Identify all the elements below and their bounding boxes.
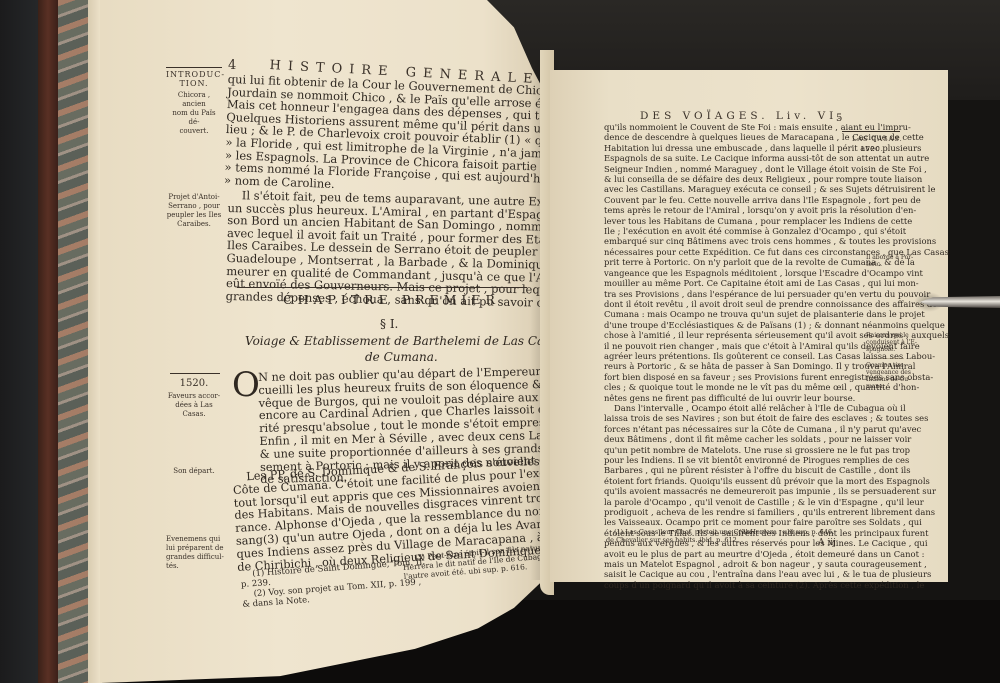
chapter-rule — [237, 287, 527, 288]
margin-note-year: 1520. — [166, 378, 222, 390]
right-footnotes-col1: (1) Las Casas leur Chef, portoit une Cro… — [606, 528, 751, 544]
margin-note-faveurs: Faveurs accor- dées à Las Casas. — [166, 392, 222, 419]
right-running-head: DES VOÏAGES. Liv. VI. — [640, 110, 845, 122]
margin-note-evenemens: Evenemens qui lui préparent de grandes d… — [166, 535, 228, 571]
page-edge — [88, 0, 102, 683]
margin-note-chicora: Chicora , ancien nom du Païs dé- couvert… — [166, 91, 222, 136]
marbled-endpaper — [58, 0, 88, 683]
right-footnotes-col2: (2) Herrera , ubi sup. p. 646. — [739, 528, 834, 536]
leather-spine — [38, 0, 58, 683]
margin-note-depart: Son départ. — [166, 467, 222, 476]
left-paragraph-1: qui lui fit obtenir de la Cour le Gouver… — [224, 73, 548, 198]
margin-note-serrano: Projet d'Antoi- Serrano , pour peupler l… — [166, 193, 222, 229]
right-body-text: qu'ils nommoient le Couvent de Ste Foi :… — [604, 122, 844, 590]
book-cover-board — [0, 0, 40, 683]
drop-cap: O — [232, 368, 260, 402]
section-title-line-2: de Cumana. — [365, 350, 438, 364]
left-page-number: 4 — [228, 58, 236, 73]
pen-pointer-icon — [920, 296, 1000, 308]
margin-note-introduction: INTRODUC- TION. — [166, 70, 222, 88]
chapter-title: CHAPITRE PREMIER — [283, 292, 500, 307]
section-number: § I. — [380, 317, 398, 331]
signature-mark: A iij — [818, 538, 836, 548]
margin-rule-2 — [170, 373, 220, 374]
margin-rule — [166, 67, 222, 68]
